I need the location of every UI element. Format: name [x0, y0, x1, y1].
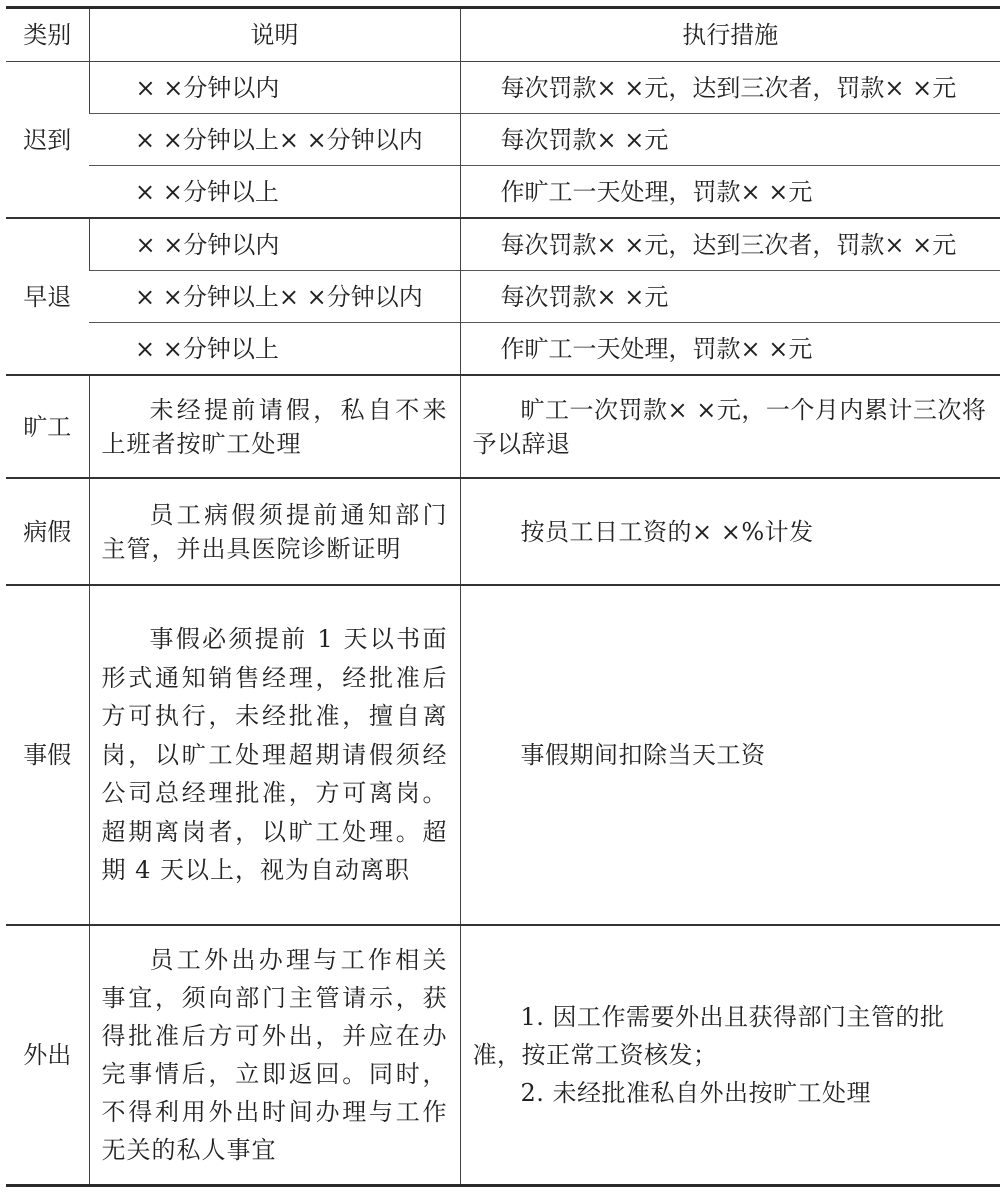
measure-cell: 每次罚款× ×元，达到三次者，罚款× ×元: [460, 218, 1000, 271]
measure-cell: 1. 因工作需要外出且获得部门主管的批准，按正常工资核发； 2. 未经批准私自外…: [460, 925, 1000, 1185]
table-row: × ×分钟以上 作旷工一天处理，罚款× ×元: [6, 166, 1000, 219]
description-cell: × ×分钟以上: [89, 166, 460, 219]
attendance-penalty-table: 类别 说明 执行措施 迟到 × ×分钟以内 每次罚款× ×元，达到三次者，罚款×…: [6, 6, 1000, 1187]
measure-cell: 作旷工一天处理，罚款× ×元: [460, 166, 1000, 219]
category-going-out: 外出: [6, 925, 89, 1185]
category-absenteeism: 旷工: [6, 375, 89, 478]
measure-cell: 旷工一次罚款× ×元，一个月内累计三次将予以辞退: [460, 375, 1000, 478]
header-measures: 执行措施: [460, 8, 1000, 62]
table-row: 病假 员工病假须提前通知部门主管，并出具医院诊断证明 按员工日工资的× ×%计发: [6, 478, 1000, 585]
measure-cell: 作旷工一天处理，罚款× ×元: [460, 323, 1000, 376]
description-cell: 员工病假须提前通知部门主管，并出具医院诊断证明: [89, 478, 460, 585]
header-description: 说明: [89, 8, 460, 62]
table-row: 外出 员工外出办理与工作相关事宜，须向部门主管请示，获得批准后方可外出，并应在办…: [6, 925, 1000, 1185]
description-cell: 员工外出办理与工作相关事宜，须向部门主管请示，获得批准后方可外出，并应在办完事情…: [89, 925, 460, 1185]
category-personal-leave: 事假: [6, 585, 89, 925]
category-sick-leave: 病假: [6, 478, 89, 585]
table-row: × ×分钟以上× ×分钟以内 每次罚款× ×元: [6, 114, 1000, 166]
measure-cell: 按员工日工资的× ×%计发: [460, 478, 1000, 585]
measure-cell: 每次罚款× ×元: [460, 114, 1000, 166]
header-category: 类别: [6, 8, 89, 62]
header-row: 类别 说明 执行措施: [6, 8, 1000, 62]
description-cell: 事假必须提前 1 天以书面形式通知销售经理，经批准后方可执行，未经批准，擅自离岗…: [89, 585, 460, 925]
description-cell: 未经提前请假，私自不来上班者按旷工处理: [89, 375, 460, 478]
measure-cell: 每次罚款× ×元: [460, 271, 1000, 323]
measure-list-item: 2. 未经批准私自外出按旷工处理: [473, 1074, 991, 1112]
table-row: 早退 × ×分钟以内 每次罚款× ×元，达到三次者，罚款× ×元: [6, 218, 1000, 271]
table-row: × ×分钟以上 作旷工一天处理，罚款× ×元: [6, 323, 1000, 376]
table-row: 迟到 × ×分钟以内 每次罚款× ×元，达到三次者，罚款× ×元: [6, 62, 1000, 114]
table-row: 旷工 未经提前请假，私自不来上班者按旷工处理 旷工一次罚款× ×元，一个月内累计…: [6, 375, 1000, 478]
table-row: 事假 事假必须提前 1 天以书面形式通知销售经理，经批准后方可执行，未经批准，擅…: [6, 585, 1000, 925]
measure-cell: 每次罚款× ×元，达到三次者，罚款× ×元: [460, 62, 1000, 114]
measure-list-item: 1. 因工作需要外出且获得部门主管的批准，按正常工资核发；: [473, 998, 991, 1074]
table-row: × ×分钟以上× ×分钟以内 每次罚款× ×元: [6, 271, 1000, 323]
description-cell: × ×分钟以上: [89, 323, 460, 376]
description-cell: × ×分钟以内: [89, 62, 460, 114]
category-early-leave: 早退: [6, 218, 89, 375]
description-cell: × ×分钟以上× ×分钟以内: [89, 271, 460, 323]
description-cell: × ×分钟以内: [89, 218, 460, 271]
measure-cell: 事假期间扣除当天工资: [460, 585, 1000, 925]
description-cell: × ×分钟以上× ×分钟以内: [89, 114, 460, 166]
category-late: 迟到: [6, 62, 89, 219]
